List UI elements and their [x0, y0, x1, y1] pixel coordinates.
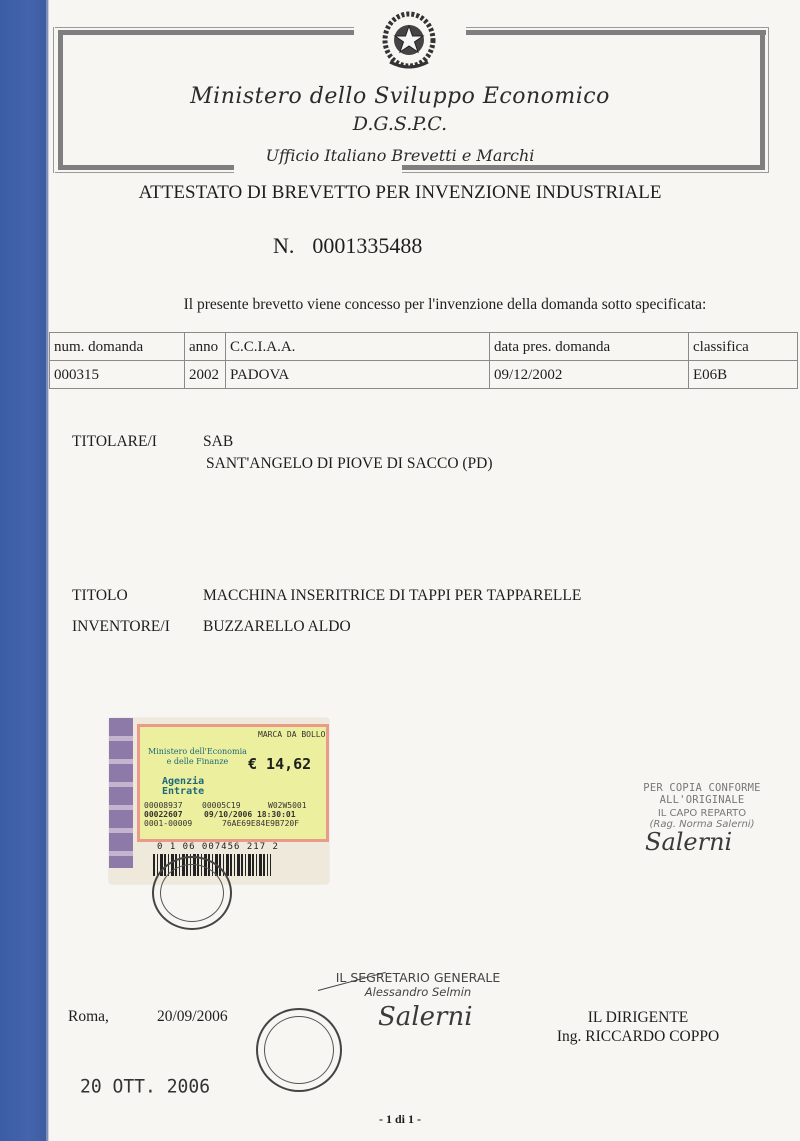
code-left-1: 00008937: [144, 801, 192, 810]
holder-label: TITOLARE/I: [72, 433, 157, 451]
header-num-domanda: num. domanda: [50, 333, 185, 361]
cell-classifica: E06B: [689, 361, 798, 389]
patent-number: N.0001335488: [273, 233, 422, 259]
copy-line-2: IL CAPO REPARTO: [612, 808, 792, 819]
stamp-codes-left: 00008937 00022607 0001-00009: [144, 801, 192, 828]
code-left-2: 00022607: [144, 810, 192, 819]
ministry-name: Ministero dello Sviluppo Economico: [0, 84, 800, 109]
stamp-face: MARCA DA BOLLO Ministero dell'Economia e…: [137, 724, 329, 842]
cell-num-domanda: 000315: [50, 361, 185, 389]
secretary-signature: Salerni: [378, 1002, 473, 1032]
patent-number-prefix: N.: [273, 233, 294, 258]
stamp-rosette-strip: [109, 718, 133, 868]
invention-title: MACCHINA INSERITRICE DI TAPPI PER TAPPAR…: [203, 587, 581, 605]
revenue-stamp: MARCA DA BOLLO Ministero dell'Economia e…: [109, 718, 329, 884]
director-name: Ing. RICCARDO COPPO: [548, 1027, 728, 1046]
table-header-row: num. domanda anno C.C.I.A.A. data pres. …: [50, 333, 798, 361]
seal-stamp-icon: [152, 856, 232, 930]
department-code: D.G.S.P.C.: [0, 113, 800, 135]
stamp-issuer: Ministero dell'Economia e delle Finanze: [148, 747, 247, 767]
copy-conform-stamp: PER COPIA CONFORME ALL'ORIGINALE IL CAPO…: [612, 782, 792, 830]
stamp-amount: € 14,62: [248, 755, 311, 773]
holder-address: SANT'ANGELO DI PIOVE DI SACCO (PD): [206, 455, 493, 473]
official-seal-icon: [256, 1008, 342, 1092]
header-classifica: classifica: [689, 333, 798, 361]
emblem-icon: [380, 10, 438, 72]
copy-line-1: PER COPIA CONFORME ALL'ORIGINALE: [612, 782, 792, 806]
cell-anno: 2002: [185, 361, 226, 389]
blue-binding-strip: [0, 0, 48, 1141]
barcode-number: 0 1 06 007456 217 2: [157, 842, 279, 852]
cell-cciaa: PADOVA: [226, 361, 490, 389]
binding-edge: [46, 0, 49, 1141]
inventor-label: INVENTORE/I: [72, 618, 170, 636]
cell-data-pres: 09/12/2002: [490, 361, 689, 389]
director-title: IL DIRIGENTE: [548, 1008, 728, 1027]
stamp-code-right: W02W5001: [268, 801, 307, 810]
issue-date: 20/09/2006: [157, 1008, 228, 1026]
agency-logo: Agenzia Entrate: [162, 777, 204, 797]
code-left-3: 0001-00009: [144, 819, 192, 828]
issuer-line-1: Ministero dell'Economia: [148, 747, 247, 757]
stamp-code-mid: 00005C19: [202, 801, 241, 810]
secretary-name: Alessandro Selmin: [318, 985, 518, 999]
holder-name: SAB: [203, 433, 233, 451]
stamp-heading: MARCA DA BOLLO: [258, 730, 325, 739]
place: Roma,: [68, 1008, 109, 1026]
agency-line-2: Entrate: [162, 787, 204, 797]
header-anno: anno: [185, 333, 226, 361]
secretary-block: IL SEGRETARIO GENERALE Alessandro Selmin: [318, 970, 518, 999]
received-date-stamp: 20 OTT. 2006: [80, 1075, 210, 1097]
application-table: num. domanda anno C.C.I.A.A. data pres. …: [49, 332, 798, 389]
intro-text: Il presente brevetto viene concesso per …: [0, 296, 800, 314]
patent-number-value: 0001335488: [312, 233, 422, 258]
inventor-name: BUZZARELLO ALDO: [203, 618, 351, 636]
stamp-hash: 76AE69E84E9B720F: [222, 819, 299, 828]
office-name: Ufficio Italiano Brevetti e Marchi: [0, 146, 800, 165]
director-block: IL DIRIGENTE Ing. RICCARDO COPPO: [548, 1008, 728, 1046]
document-title: ATTESTATO DI BREVETTO PER INVENZIONE IND…: [0, 182, 800, 204]
header-cciaa: C.C.I.A.A.: [226, 333, 490, 361]
issuer-line-2: e delle Finanze: [148, 757, 247, 767]
header-data-pres: data pres. domanda: [490, 333, 689, 361]
title-label: TITOLO: [72, 587, 128, 605]
stamp-datetime: 09/10/2006 18:30:01: [204, 810, 296, 819]
table-row: 000315 2002 PADOVA 09/12/2002 E06B: [50, 361, 798, 389]
page-indicator: - 1 di 1 -: [0, 1112, 800, 1127]
copy-signature: Salerni: [645, 828, 732, 856]
